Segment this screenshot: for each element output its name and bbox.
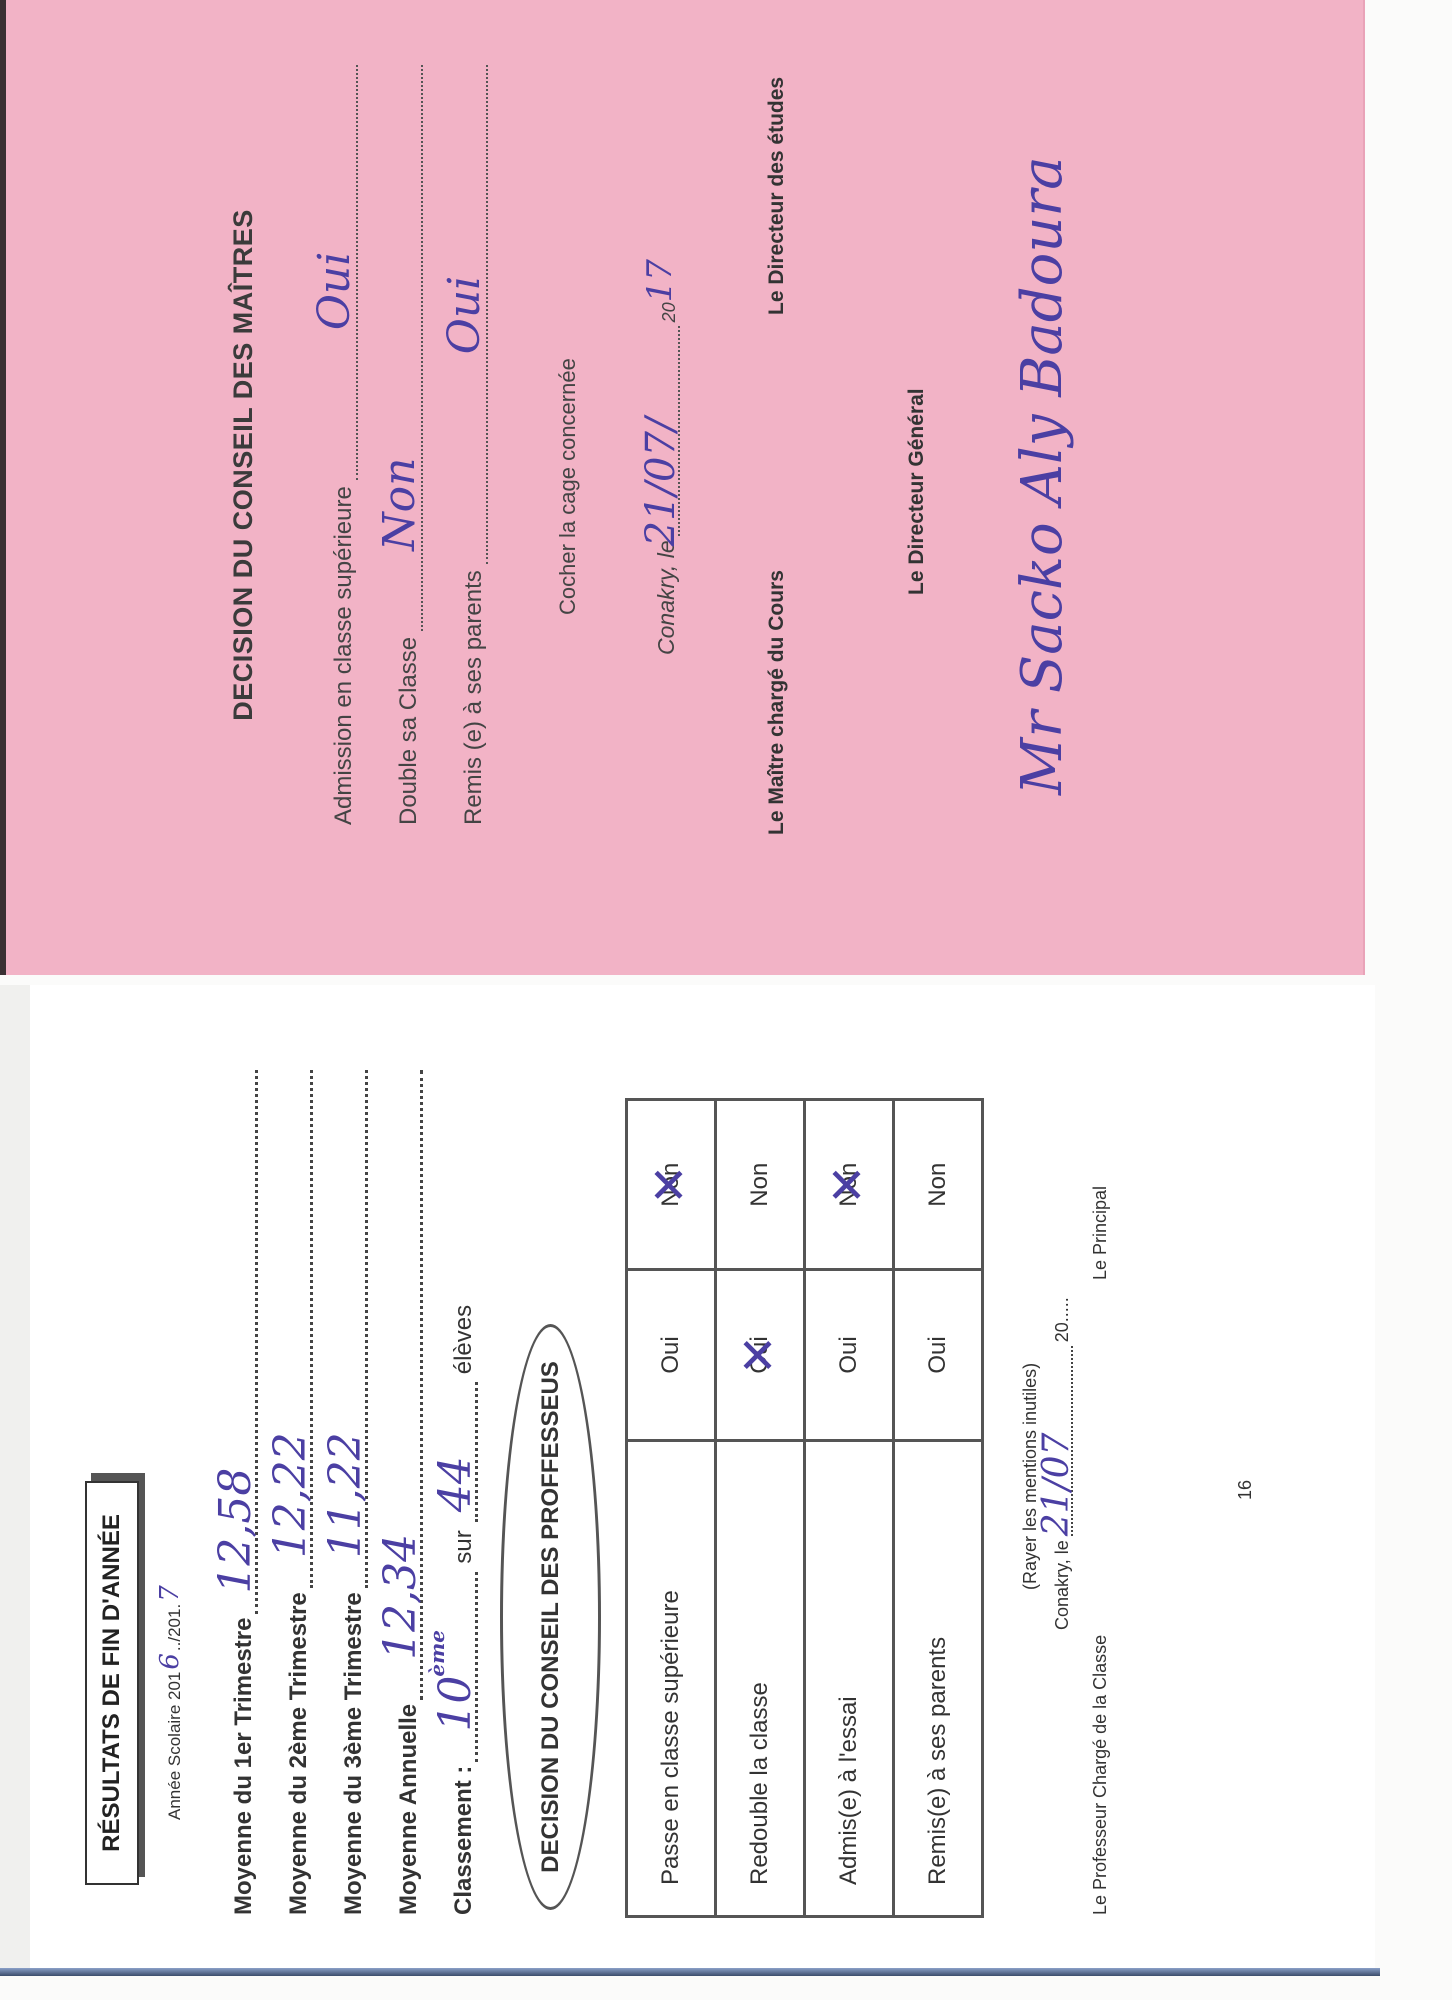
total-field[interactable]: 44 [455, 1382, 478, 1522]
ranking-sur: sur [450, 1530, 478, 1563]
strike-mark-icon: ✕ [736, 1335, 784, 1375]
decision-label: Passe en classe supérieure [627, 1440, 716, 1916]
general-director-label: Le Directeur Général [905, 388, 929, 595]
option-text: Oui [924, 1336, 951, 1373]
decision-option-oui[interactable]: Oui✕ [716, 1270, 805, 1440]
council-title: DECISION DU CONSEIL DES PROFFESSEUS [537, 1361, 565, 1873]
average-label: Moyenne du 1er Trimestre [230, 1618, 258, 1915]
average-value: 12,22 [265, 1432, 316, 1558]
average-label: Moyenne Annuelle [395, 1704, 423, 1915]
decision-row: Remis(e) à ses parentsOuiNon [894, 1100, 983, 1917]
ranking-label: Classement : [450, 1766, 478, 1915]
year-prefix: 20 [659, 302, 680, 322]
option-text: Oui [657, 1336, 684, 1373]
double-value: Non [374, 458, 425, 551]
decision-option-oui[interactable]: Oui [805, 1270, 894, 1440]
school-year-digit-1: 6 [155, 1653, 185, 1670]
results-title: RÉSULTATS DE FIN D'ANNÉE [85, 1481, 139, 1885]
date-field[interactable]: 21/07/ [658, 326, 680, 536]
check-note: Cocher la cage concernée [555, 358, 581, 615]
decision-option-oui[interactable]: Oui [894, 1270, 983, 1440]
handwritten-name: Mr Sacko Aly Badoura [1010, 156, 1075, 795]
date-prefix: Conakry, le [653, 540, 680, 655]
rank-suffix: ème [425, 1630, 449, 1677]
decision-row: Passe en classe supérieureOuiNon✕ [627, 1100, 716, 1917]
remis-label: Remis (e) à ses parents [460, 570, 488, 825]
council-title-oval: DECISION DU CONSEIL DES PROFFESSEUS [500, 1324, 601, 1910]
school-year-digit-2: 7 [155, 1585, 185, 1602]
class-teacher-signature-label: Le Professeur Chargé de la Classe [1090, 1635, 1111, 1915]
year-end-results: RÉSULTATS DE FIN D'ANNÉE Année Scolaire … [30, 985, 1375, 1970]
average-field[interactable]: 11,22 [345, 1070, 368, 1588]
decision-table: Passe en classe supérieureOuiNon✕Redoubl… [625, 1098, 984, 1918]
double-row: Double sa Classe Non [395, 65, 423, 825]
remis-row: Remis (e) à ses parents Oui [460, 65, 488, 825]
studies-director-label: Le Directeur des études [765, 77, 789, 315]
remis-field[interactable]: Oui [466, 65, 488, 564]
admission-row: Admission en classe supérieure Oui [330, 65, 358, 825]
average-field[interactable]: 12,34 [400, 1070, 423, 1700]
average-label: Moyenne du 2ème Trimestre [285, 1592, 313, 1915]
average-field[interactable]: 12,58 [235, 1070, 258, 1614]
decision-option-oui[interactable]: Oui [627, 1270, 716, 1440]
white-date: Conakry, le 21/07 20..... [1052, 1297, 1073, 1630]
average-value: 12,34 [375, 1534, 426, 1660]
ranking-row: Classement : 10 ème sur 44 élèves [450, 1070, 478, 1915]
school-year-separator: ../201. [165, 1604, 185, 1651]
admission-field[interactable]: Oui [336, 65, 358, 480]
admission-value: Oui [309, 252, 360, 330]
average-row-3: Moyenne du 3ème Trimestre 11,22 [340, 1070, 368, 1915]
decision-option-non[interactable]: Non✕ [627, 1100, 716, 1270]
date-suffix: 20..... [1052, 1297, 1073, 1342]
ranking-unit: élèves [450, 1305, 478, 1374]
average-row-1: Moyenne du 1er Trimestre 12,58 [230, 1070, 258, 1915]
pink-date: Conakry, le 21/07/ 20 17 [640, 259, 680, 655]
average-field[interactable]: 12,22 [290, 1070, 313, 1588]
average-row-annual: Moyenne Annuelle 12,34 [395, 1070, 423, 1915]
option-text: Non [746, 1163, 773, 1207]
principal-signature-label: Le Principal [1090, 1186, 1111, 1280]
average-value: 12,58 [210, 1468, 261, 1594]
option-text: Non [924, 1163, 951, 1207]
teacher-signature-label: Le Maître chargé du Cours [765, 570, 789, 835]
average-row-2: Moyenne du 2ème Trimestre 12,22 [285, 1070, 313, 1915]
decision-row: Redouble la classeOui✕Non [716, 1100, 805, 1917]
double-label: Double sa Classe [395, 637, 423, 825]
admission-label: Admission en classe supérieure [330, 486, 358, 825]
rank-field[interactable]: 10 ème [455, 1572, 478, 1762]
school-year: Année Scolaire 201 6 ../201. 7 [155, 1583, 185, 1820]
decision-label: Remis(e) à ses parents [894, 1440, 983, 1916]
decision-row: Admis(e) à l'essaiOuiNon✕ [805, 1100, 894, 1917]
decision-option-non[interactable]: Non [894, 1100, 983, 1270]
binding-shadow [0, 985, 30, 1975]
total-value: 44 [430, 1456, 481, 1512]
teachers-council-decision: DECISION DU CONSEIL DES MAÎTRES Admissio… [0, 0, 1365, 975]
date-value: 21/07/ [638, 418, 684, 547]
rank-value: 10 [430, 1676, 481, 1732]
strike-mark-icon: ✕ [647, 1165, 695, 1205]
pink-title: DECISION DU CONSEIL DES MAÎTRES [228, 155, 259, 775]
year-value: 17 [640, 259, 680, 302]
decision-option-non[interactable]: Non✕ [805, 1100, 894, 1270]
strike-mark-icon: ✕ [825, 1165, 873, 1205]
average-label: Moyenne du 3ème Trimestre [340, 1592, 368, 1915]
remis-value: Oui [439, 276, 490, 354]
option-text: Oui [835, 1336, 862, 1373]
school-year-label: Année Scolaire 201 [165, 1672, 185, 1820]
date-value: 21/07 [1036, 1433, 1077, 1537]
date-prefix: Conakry, le [1052, 1540, 1073, 1630]
page-number: 16 [1235, 1480, 1256, 1500]
decision-label: Redouble la classe [716, 1440, 805, 1916]
decision-label: Admis(e) à l'essai [805, 1440, 894, 1916]
date-field[interactable]: 21/07 [1053, 1346, 1073, 1536]
double-field[interactable]: Non [401, 65, 423, 631]
average-value: 11,22 [320, 1432, 371, 1558]
decision-option-non[interactable]: Non [716, 1100, 805, 1270]
